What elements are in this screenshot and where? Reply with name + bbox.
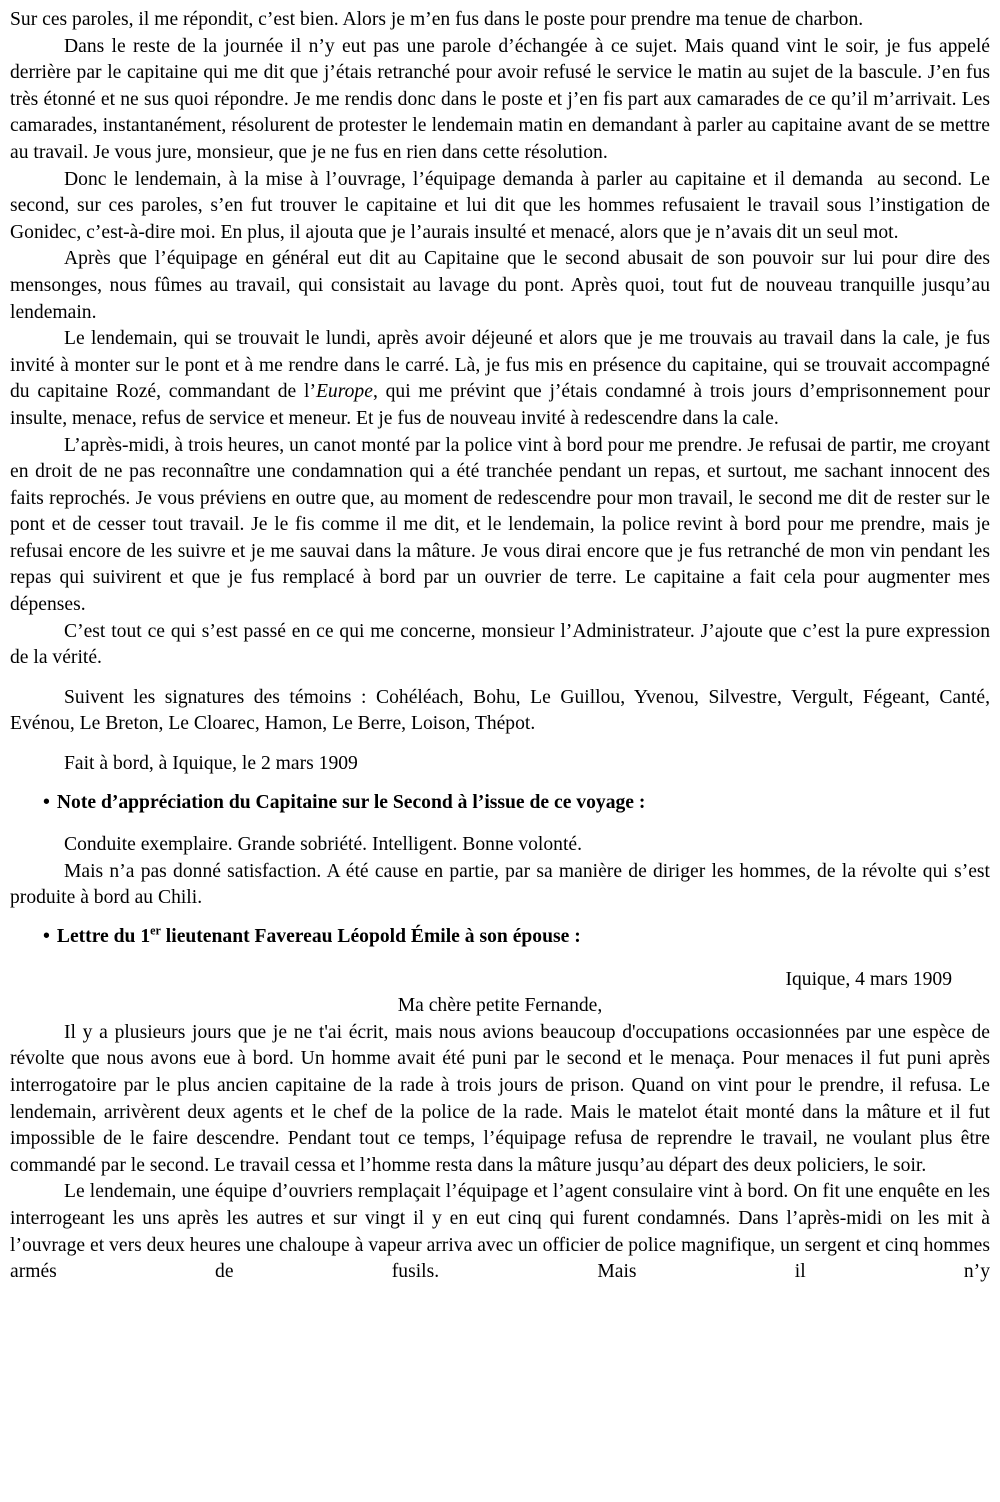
paragraph: Mais n’a pas donné satisfaction. A été c…	[10, 859, 990, 912]
ship-name-italic: Europe	[316, 381, 373, 402]
paragraph: L’après-midi, à trois heures, un canot m…	[10, 433, 990, 619]
letter-date-line: Iquique, 4 mars 1909	[10, 967, 990, 994]
heading-text: Note d’appréciation du Capitaine sur le …	[57, 792, 646, 813]
paragraph: Il y a plusieurs jours que je ne t'ai éc…	[10, 1020, 990, 1180]
paragraph: C’est tout ce qui s’est passé en ce qui …	[10, 619, 990, 672]
section-heading-captain-note: •Note d’appréciation du Capitaine sur le…	[10, 790, 990, 817]
superscript-ordinal: er	[150, 923, 161, 937]
section-heading-lieutenant-letter: •Lettre du 1er lieutenant Favereau Léopo…	[10, 924, 990, 951]
paragraph: Conduite exemplaire. Grande sobriété. In…	[10, 832, 990, 859]
paragraph: Après que l’équipage en général eut dit …	[10, 246, 990, 326]
place-date-paragraph: Fait à bord, à Iquique, le 2 mars 1909	[10, 751, 990, 778]
paragraph: Dans le reste de la journée il n’y eut p…	[10, 34, 990, 167]
witness-signatures-paragraph: Suivent les signatures des témoins : Coh…	[10, 685, 990, 738]
document-page: Sur ces paroles, il me répondit, c’est b…	[0, 0, 1000, 1502]
paragraph: Le lendemain, qui se trouvait le lundi, …	[10, 326, 990, 432]
paragraph: Donc le lendemain, à la mise à l’ouvrage…	[10, 167, 990, 247]
letter-salutation: Ma chère petite Fernande,	[10, 993, 990, 1020]
paragraph-continuation: Sur ces paroles, il me répondit, c’est b…	[10, 7, 990, 34]
paragraph-truncated: Le lendemain, une équipe d’ouvriers remp…	[10, 1179, 990, 1285]
heading-text: Lettre du 1	[57, 926, 150, 947]
heading-text: lieutenant Favereau Léopold Émile à son …	[161, 926, 581, 947]
bullet-icon: •	[43, 792, 50, 813]
bullet-icon: •	[43, 926, 50, 947]
